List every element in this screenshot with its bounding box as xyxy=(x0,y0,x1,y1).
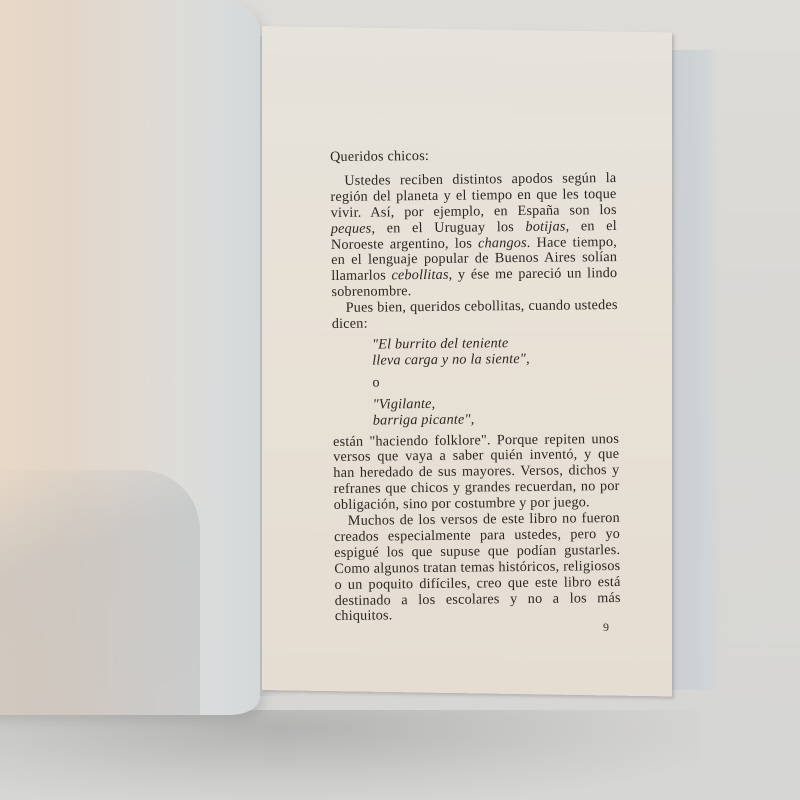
text-run: Ustedes reciben distintos apodos según l… xyxy=(330,170,616,221)
salutation: Queridos chicos: xyxy=(330,147,616,166)
verse-line: barriga picante", xyxy=(373,411,619,429)
verse-connector: o xyxy=(332,373,618,392)
book-shadow xyxy=(0,710,700,800)
paragraph-folklore: están "haciendo folklore". Porque repite… xyxy=(333,431,620,514)
italic-term: botijas xyxy=(525,218,565,234)
italic-term: changos xyxy=(478,234,527,251)
paragraph-book-purpose: Muchos de los versos de este libro no fu… xyxy=(334,511,621,625)
page-shadow xyxy=(672,50,722,690)
page-number: 9 xyxy=(603,620,609,635)
verse-quote-2: "Vigilante, barriga picante", xyxy=(333,395,619,430)
verse-quote-1: "El burrito del teniente lleva carga y n… xyxy=(332,335,618,370)
italic-term: peques xyxy=(331,220,372,236)
paragraph-intro: Ustedes reciben distintos apodos según l… xyxy=(330,171,617,301)
photo-scene: Queridos chicos: Ustedes reciben distint… xyxy=(0,0,800,800)
verse-line: lleva carga y no la siente", xyxy=(372,351,618,369)
hand-shadow xyxy=(0,470,200,715)
page-body: Queridos chicos: Ustedes reciben distint… xyxy=(330,147,621,625)
paragraph-lead-in: Pues bien, queridos cebollitas, cuando u… xyxy=(332,298,618,333)
italic-term: cebollitas xyxy=(391,267,448,284)
text-run: , en el Uruguay los xyxy=(371,219,525,237)
